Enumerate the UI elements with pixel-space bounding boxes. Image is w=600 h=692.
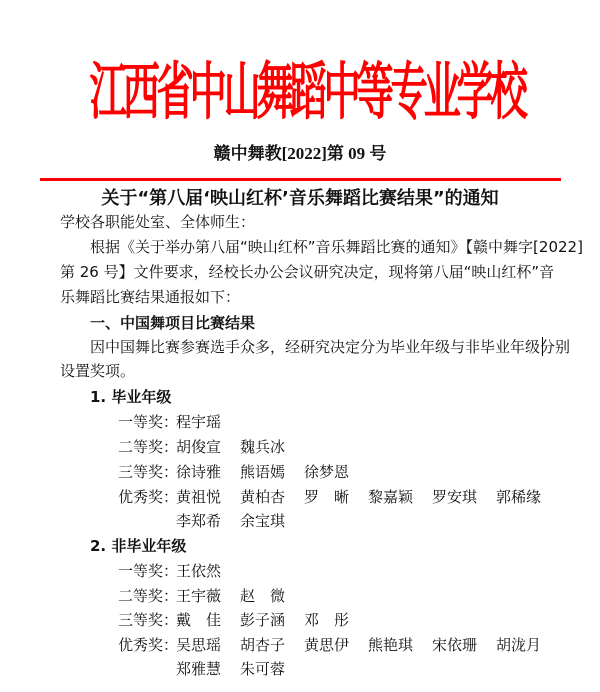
winner-name: 赵 微 bbox=[240, 585, 285, 607]
winner-name: 彭子涵 bbox=[240, 609, 285, 631]
winner-name: 黎嘉颖 bbox=[368, 486, 413, 508]
winner-name: 熊语嫣 bbox=[240, 461, 285, 483]
winner-name: 程宇瑶 bbox=[176, 411, 221, 433]
award-label: 三等奖： bbox=[118, 461, 178, 483]
masthead-char: 舞 bbox=[257, 54, 277, 130]
winner-name: 黄柏杏 bbox=[240, 486, 285, 508]
winner-name: 郑雅慧 bbox=[176, 658, 221, 680]
award-label: 二等奖： bbox=[118, 585, 178, 607]
winner-name: 胡杏子 bbox=[240, 634, 285, 656]
winner-name: 余宝琪 bbox=[240, 510, 285, 532]
winner-name: 徐梦恩 bbox=[304, 461, 349, 483]
masthead-char: 省 bbox=[156, 54, 176, 130]
award-label: 优秀奖： bbox=[118, 634, 178, 656]
award-label: 三等奖： bbox=[118, 609, 178, 631]
winner-name: 戴 佳 bbox=[176, 609, 221, 631]
winner-name: 黄祖悦 bbox=[176, 486, 221, 508]
winner-name: 罗 晰 bbox=[304, 486, 349, 508]
group-heading-graduating[interactable]: 1. 毕业年级 bbox=[90, 386, 171, 408]
masthead-char: 西 bbox=[123, 54, 143, 130]
masthead-char: 江 bbox=[90, 54, 110, 130]
text-cursor bbox=[542, 337, 543, 356]
winner-name: 朱可蓉 bbox=[240, 658, 285, 680]
document-number: 赣中舞教[2022]第 09 号 bbox=[0, 143, 600, 165]
award-label: 优秀奖： bbox=[118, 486, 178, 508]
section-heading-chinese-dance[interactable]: 一、中国舞项目比赛结果 bbox=[90, 312, 255, 334]
winner-name: 胡俊宣 bbox=[176, 436, 221, 458]
winner-name: 李郑希 bbox=[176, 510, 221, 532]
award-label: 一等奖： bbox=[118, 560, 178, 582]
salutation[interactable]: 学校各职能处室、全体师生： bbox=[60, 211, 255, 233]
masthead-char: 蹈 bbox=[290, 54, 310, 130]
masthead-char: 学 bbox=[457, 54, 477, 130]
masthead-char: 中 bbox=[190, 54, 210, 130]
award-label: 二等奖： bbox=[118, 436, 178, 458]
winner-name: 罗安琪 bbox=[432, 486, 477, 508]
document-page: 江 西 省 中 山 舞 蹈 中 等 专 业 学 校 赣中舞教[2022]第 09… bbox=[0, 0, 600, 692]
winner-name: 黄思伊 bbox=[304, 634, 349, 656]
winner-name: 熊艳琪 bbox=[368, 634, 413, 656]
group-heading-non-graduating[interactable]: 2. 非毕业年级 bbox=[90, 535, 186, 557]
winner-name: 邓 彤 bbox=[304, 609, 349, 631]
masthead-char: 中 bbox=[323, 54, 343, 130]
winner-name: 王宇薇 bbox=[176, 585, 221, 607]
red-divider-rule bbox=[40, 178, 561, 181]
winner-name: 吴思瑶 bbox=[176, 634, 221, 656]
intro-line-2[interactable]: 第 26 号】文件要求，经校长办公会议研究决定，现将第八届“映山红杯”音 bbox=[60, 261, 554, 283]
award-label: 一等奖： bbox=[118, 411, 178, 433]
masthead-char: 业 bbox=[424, 54, 444, 130]
section-desc-line-1[interactable]: 因中国舞比赛参赛选手众多，经研究决定分为毕业年级与非毕业年级分别 bbox=[90, 336, 570, 358]
intro-line-3[interactable]: 乐舞蹈比赛结果通报如下： bbox=[60, 286, 240, 308]
winner-name: 王依然 bbox=[176, 560, 221, 582]
notice-title: 关于“第八届‘映山红杯’音乐舞蹈比赛结果”的通知 bbox=[0, 186, 600, 212]
school-masthead: 江 西 省 中 山 舞 蹈 中 等 专 业 学 校 bbox=[83, 54, 517, 130]
winner-name: 胡泷月 bbox=[496, 634, 541, 656]
masthead-char: 专 bbox=[390, 54, 410, 130]
winner-name: 宋依珊 bbox=[432, 634, 477, 656]
masthead-char: 校 bbox=[490, 54, 510, 130]
section-desc-line-2[interactable]: 设置奖项。 bbox=[60, 360, 135, 382]
intro-line-1[interactable]: 根据《关于举办第八届“映山红杯”音乐舞蹈比赛的通知》【赣中舞字[2022] bbox=[90, 236, 583, 258]
masthead-char: 等 bbox=[357, 54, 377, 130]
winner-name: 郭稀缘 bbox=[496, 486, 541, 508]
winner-name: 魏兵冰 bbox=[240, 436, 285, 458]
masthead-char: 山 bbox=[223, 54, 243, 130]
winner-name: 徐诗雅 bbox=[176, 461, 221, 483]
